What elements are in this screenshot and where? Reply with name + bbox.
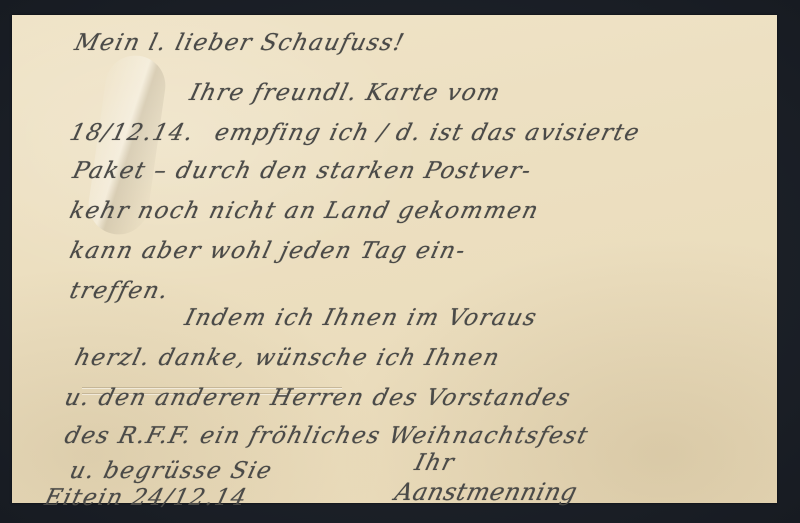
text-line: u. den anderen Herren des Vorstandes bbox=[62, 385, 574, 411]
closing-ihr: Ihr bbox=[412, 450, 458, 476]
text-line: Ihre freundl. Karte vom bbox=[187, 80, 504, 106]
date-reference: 18/12.14. bbox=[67, 120, 197, 146]
text-line: Indem ich Ihnen im Voraus bbox=[182, 305, 540, 331]
text-line: kehr noch nicht an Land gekommen bbox=[67, 198, 542, 224]
signature: Aanstmenning bbox=[392, 478, 580, 506]
postcard: Mein l. lieber Schaufuss! Ihre freundl. … bbox=[12, 15, 777, 503]
text-line: empfing ich / d. ist das avisierte bbox=[212, 120, 643, 146]
place-date: Eitein 24/12.14 bbox=[42, 485, 250, 511]
text-line: u. begrüsse Sie bbox=[67, 458, 276, 484]
text-line: des R.F.F. ein fröhliches Weihnachtsfest bbox=[62, 423, 592, 449]
salutation: Mein l. lieber Schaufuss! bbox=[72, 30, 408, 56]
text-line: kann aber wohl jeden Tag ein- bbox=[67, 238, 469, 264]
text-line: Paket – durch den starken Postver- bbox=[70, 158, 535, 184]
text-line: treffen. bbox=[67, 278, 172, 304]
text-line: herzl. danke, wünsche ich Ihnen bbox=[72, 345, 503, 371]
